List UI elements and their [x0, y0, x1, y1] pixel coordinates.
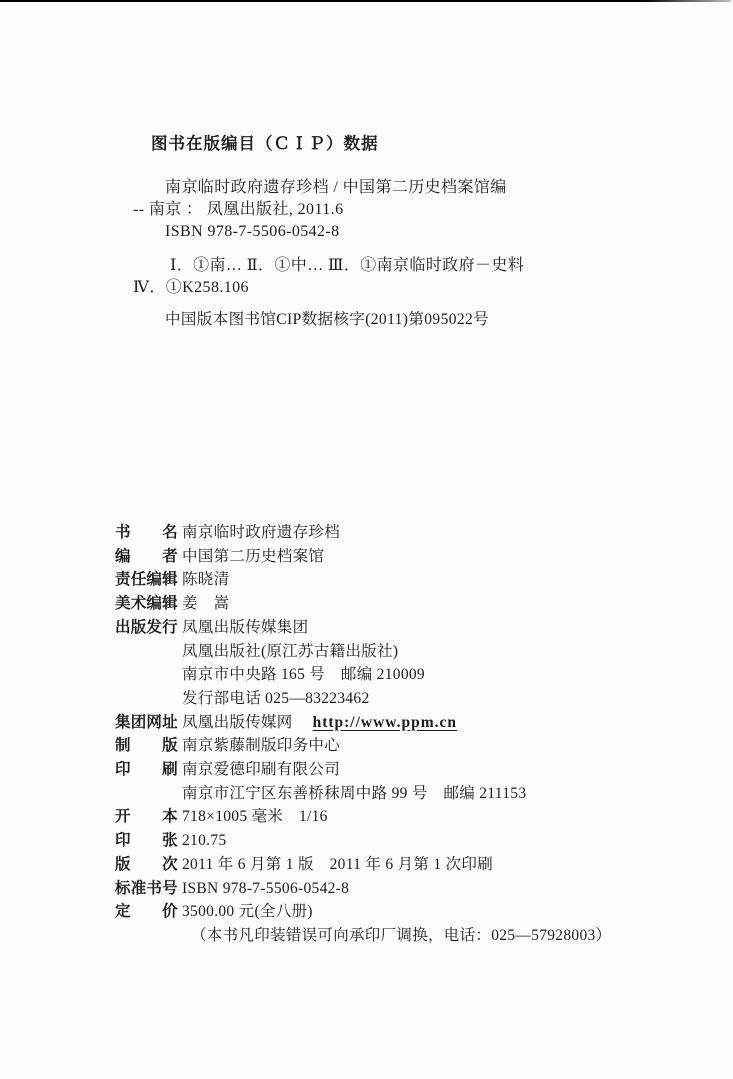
colophon-value-text: 中国第二历史档案馆: [182, 548, 324, 565]
cip-registry-line: 中国版本图书馆CIP数据核字(2011)第095022号: [165, 310, 489, 330]
colophon-row-value: 210.75: [182, 829, 675, 853]
colophon-value-line: 南京市江宁区东善桥秣周中路 99 号 邮编 211153: [182, 782, 675, 806]
colophon-value-line: 凤凰出版传媒集团: [182, 616, 675, 640]
colophon-row: 印 刷南京爱德印刷有限公司南京市江宁区东善桥秣周中路 99 号 邮编 21115…: [115, 758, 675, 805]
colophon-value-line: 凤凰出版社(原江苏古籍出版社): [182, 640, 675, 664]
colophon-value-line: 南京紫藤制版印务中心: [182, 734, 675, 758]
colophon-value-line: 3500.00 元(全八册): [182, 900, 675, 924]
colophon-row-value: 南京临时政府遗存珍档: [182, 521, 675, 545]
colophon-value-line: 2011 年 6 月第 1 版 2011 年 6 月第 1 次印刷: [182, 853, 675, 877]
publication-colophon: 书 名南京临时政府遗存珍档编 者中国第二历史档案馆责任编辑陈晓清美术编辑姜 嵩出…: [115, 521, 675, 948]
colophon-value-line: 发行部电话 025—83223462: [182, 687, 675, 711]
colophon-row-label: 制 版: [115, 734, 178, 758]
colophon-value-text: 凤凰出版社(原江苏古籍出版社): [182, 643, 398, 660]
colophon-value-text: 2011 年 6 月第 1 版 2011 年 6 月第 1 次印刷: [182, 856, 493, 873]
colophon-row-value: 南京爱德印刷有限公司南京市江宁区东善桥秣周中路 99 号 邮编 211153: [182, 758, 675, 805]
colophon-value-line: 凤凰出版传媒网 http://www.ppm.cn: [182, 711, 675, 735]
colophon-row-label: 责任编辑: [115, 568, 178, 592]
colophon-value-text: 南京市中央路 165 号 邮编 210009: [182, 666, 425, 683]
colophon-row-value: ISBN 978-7-5506-0542-8: [182, 877, 675, 901]
colophon-row-label: 美术编辑: [115, 592, 178, 616]
colophon-value-line: 中国第二历史档案馆: [182, 545, 675, 569]
colophon-row-value: 南京紫藤制版印务中心: [182, 734, 675, 758]
colophon-value-text: 凤凰出版传媒网: [182, 714, 313, 731]
publisher-group-url: http://www.ppm.cn: [313, 714, 457, 731]
colophon-row-value: 凤凰出版传媒集团凤凰出版社(原江苏古籍出版社)南京市中央路 165 号 邮编 2…: [182, 616, 675, 711]
colophon-row: 书 名南京临时政府遗存珍档: [115, 521, 675, 545]
colophon-value-text: 南京临时政府遗存珍档: [182, 524, 340, 541]
colophon-value-line: ISBN 978-7-5506-0542-8: [182, 877, 675, 901]
colophon-value-text: 姜 嵩: [182, 595, 229, 612]
colophon-row: 定 价3500.00 元(全八册)（本书凡印装错误可向承印厂调换，电话：025—…: [115, 900, 675, 947]
cip-isbn-line: ISBN 978-7-5506-0542-8: [165, 222, 340, 242]
colophon-row-value: 姜 嵩: [182, 592, 675, 616]
colophon-row: 开 本718×1005 毫米 1/16: [115, 805, 675, 829]
cip-heading: 图书在版编目（ＣＩＰ）数据: [151, 134, 379, 154]
colophon-row-label: 集团网址: [115, 711, 178, 735]
colophon-row-label: 标准书号: [115, 877, 178, 901]
colophon-row-value: 2011 年 6 月第 1 版 2011 年 6 月第 1 次印刷: [182, 853, 675, 877]
colophon-value-line: 210.75: [182, 829, 675, 853]
cip-classification-line2: Ⅳ．①K258.106: [133, 278, 249, 298]
colophon-value-text: 210.75: [182, 832, 226, 849]
colophon-value-line: 南京爱德印刷有限公司: [182, 758, 675, 782]
colophon-value-text: （本书凡印装错误可向承印厂调换，电话：025—57928003）: [191, 927, 611, 944]
colophon-value-line: 南京临时政府遗存珍档: [182, 521, 675, 545]
colophon-value-text: 凤凰出版传媒集团: [182, 619, 308, 636]
colophon-row-value: 凤凰出版传媒网 http://www.ppm.cn: [182, 711, 675, 735]
colophon-value-text: ISBN 978-7-5506-0542-8: [182, 880, 349, 897]
colophon-row: 责任编辑陈晓清: [115, 568, 675, 592]
colophon-row: 制 版南京紫藤制版印务中心: [115, 734, 675, 758]
colophon-row-value: 3500.00 元(全八册)（本书凡印装错误可向承印厂调换，电话：025—579…: [182, 900, 675, 947]
colophon-row-label: 印 张: [115, 829, 178, 853]
colophon-value-line: 姜 嵩: [182, 592, 675, 616]
colophon-row: 版 次2011 年 6 月第 1 版 2011 年 6 月第 1 次印刷: [115, 853, 675, 877]
cip-classification-line1: Ⅰ．①南… Ⅱ．①中… Ⅲ．①南京临时政府－史料: [170, 256, 524, 276]
colophon-value-line: 南京市中央路 165 号 邮编 210009: [182, 663, 675, 687]
colophon-value-line: 陈晓清: [182, 568, 675, 592]
colophon-row-value: 中国第二历史档案馆: [182, 545, 675, 569]
colophon-row-label: 出版发行: [115, 616, 178, 640]
colophon-row-label: 版 次: [115, 853, 178, 877]
colophon-row: 印 张210.75: [115, 829, 675, 853]
cip-entry-line2: -- 南京 ： 凤凰出版社, 2011.6: [133, 200, 343, 220]
colophon-value-text: 南京市江宁区东善桥秣周中路 99 号 邮编 211153: [182, 785, 526, 802]
colophon-row: 集团网址凤凰出版传媒网 http://www.ppm.cn: [115, 711, 675, 735]
colophon-row: 标准书号ISBN 978-7-5506-0542-8: [115, 877, 675, 901]
colophon-value-text: 陈晓清: [182, 571, 229, 588]
colophon-row-value: 陈晓清: [182, 568, 675, 592]
colophon-row: 出版发行凤凰出版传媒集团凤凰出版社(原江苏古籍出版社)南京市中央路 165 号 …: [115, 616, 675, 711]
colophon-row-label: 印 刷: [115, 758, 178, 782]
cip-entry-line1: 南京临时政府遗存珍档 / 中国第二历史档案馆编: [165, 178, 507, 198]
colophon-row: 美术编辑姜 嵩: [115, 592, 675, 616]
colophon-row-label: 定 价: [115, 900, 178, 924]
colophon-row-value: 718×1005 毫米 1/16: [182, 805, 675, 829]
colophon-row-label: 编 者: [115, 545, 178, 569]
colophon-value-line: （本书凡印装错误可向承印厂调换，电话：025—57928003）: [182, 924, 675, 948]
colophon-row-label: 书 名: [115, 521, 178, 545]
colophon-value-text: 3500.00 元(全八册): [182, 903, 313, 920]
colophon-row: 编 者中国第二历史档案馆: [115, 545, 675, 569]
colophon-value-text: 发行部电话 025—83223462: [182, 690, 370, 707]
colophon-value-text: 南京紫藤制版印务中心: [182, 737, 340, 754]
colophon-value-text: 718×1005 毫米 1/16: [182, 808, 328, 825]
scanned-copyright-page: 图书在版编目（ＣＩＰ）数据 南京临时政府遗存珍档 / 中国第二历史档案馆编 --…: [0, 0, 733, 1079]
colophon-value-text: 南京爱德印刷有限公司: [182, 761, 340, 778]
colophon-value-line: 718×1005 毫米 1/16: [182, 805, 675, 829]
colophon-row-label: 开 本: [115, 805, 178, 829]
scan-edge-artifact: [0, 0, 731, 2]
